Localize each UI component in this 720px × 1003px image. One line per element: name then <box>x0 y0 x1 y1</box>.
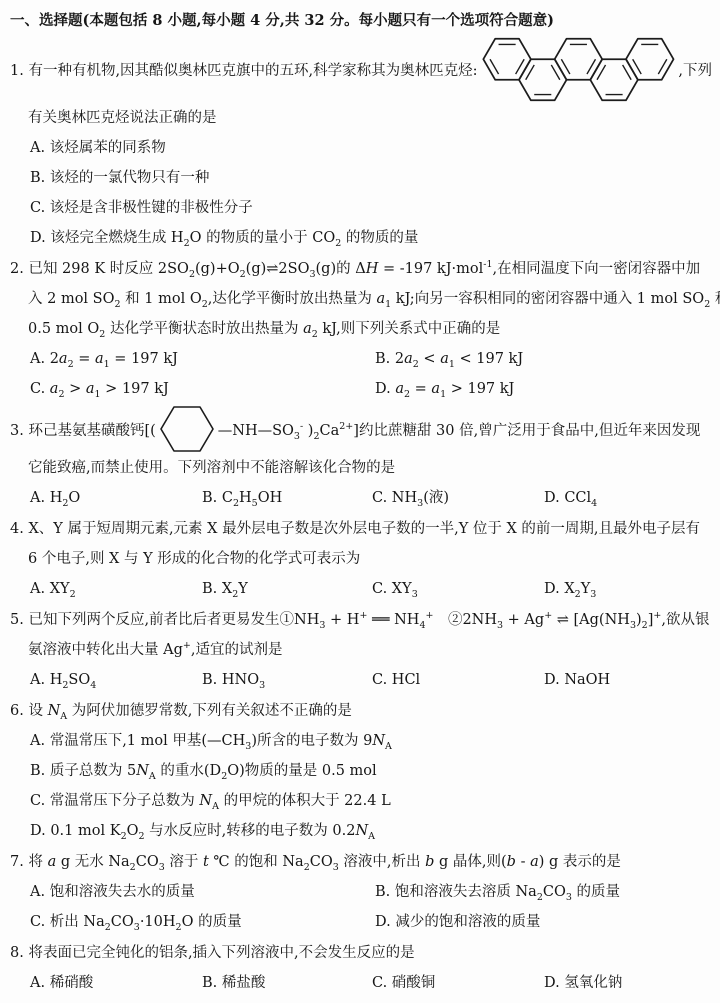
q2-option-b: B. 2a2 < a1 < 197 kJ <box>375 344 712 374</box>
section-header: 一、选择题(本题包括 8 小题,每小题 4 分,共 32 分。每小题只有一个选项… <box>10 6 712 36</box>
q1-option-c: C. 该烃是含非极性键的非极性分子 <box>30 193 712 223</box>
q3-option-a: A. H2O <box>30 483 202 513</box>
q7-stem: 7. 将 a g 无水 Na2CO3 溶于 t ℃ 的饱和 Na2CO3 溶液中… <box>10 847 712 877</box>
q3-stem-row: 3. 环己基氨基磺酸钙[( —NH—SO3- )2Ca2+]约比蔗糖甜 30 倍… <box>10 405 712 453</box>
q7-option-d: D. 减少的饱和溶液的质量 <box>375 907 712 937</box>
q2-stem-line3: 0.5 mol O2 达化学平衡状态时放出热量为 a2 kJ,则下列关系式中正确… <box>10 314 712 344</box>
q8-option-a: A. 稀硝酸 <box>30 968 202 998</box>
exam-page: 一、选择题(本题包括 8 小题,每小题 4 分,共 32 分。每小题只有一个选项… <box>0 0 720 998</box>
question-8: 8. 将表面已完全钝化的铝条,插入下列溶液中,不会发生反应的是 A. 稀硝酸 B… <box>10 938 712 998</box>
q3-stem-pre: 3. 环己基氨基磺酸钙[( <box>10 419 156 440</box>
q5-option-a: A. H2SO4 <box>30 665 202 695</box>
q1-option-a: A. 该烃属苯的同系物 <box>30 133 712 163</box>
q6-option-a: A. 常温常压下,1 mol 甲基(—CH3)所含的电子数为 9NA <box>30 726 712 756</box>
q3-stem-post: —NH—SO3- )2Ca2+]约比蔗糖甜 30 倍,曾广泛用于食品中,但近年来… <box>218 419 701 440</box>
q1-stem-post: ,下列 <box>678 59 712 80</box>
q2-option-d: D. a2 = a1 > 197 kJ <box>375 374 712 404</box>
q1-stem-line2: 有关奥林匹克烃说法正确的是 <box>10 103 712 133</box>
q8-option-d: D. 氢氧化钠 <box>544 968 712 998</box>
q5-stem-line2: 氨溶液中转化出大量 Ag+,适宜的试剂是 <box>10 635 712 665</box>
q8-option-c: C. 硝酸铜 <box>372 968 544 998</box>
q1-option-b: B. 该烃的一氯代物只有一种 <box>30 163 712 193</box>
q8-options: A. 稀硝酸 B. 稀盐酸 C. 硝酸铜 D. 氢氧化钠 <box>10 968 712 998</box>
q3-stem-line2: 它能致癌,而禁止使用。下列溶剂中不能溶解该化合物的是 <box>10 453 712 483</box>
q3-options: A. H2O B. C2H5OH C. NH3(液) D. CCl4 <box>10 483 712 513</box>
q5-option-d: D. NaOH <box>544 665 712 695</box>
q4-stem-line2: 6 个电子,则 X 与 Y 形成的化合物的化学式可表示为 <box>10 544 712 574</box>
q7-option-a: A. 饱和溶液失去水的质量 <box>30 877 375 907</box>
question-3: 3. 环己基氨基磺酸钙[( —NH—SO3- )2Ca2+]约比蔗糖甜 30 倍… <box>10 405 712 513</box>
q7-options: A. 饱和溶液失去水的质量 B. 饱和溶液失去溶质 Na2CO3 的质量 C. … <box>10 877 712 937</box>
q4-options: A. XY2 B. X2Y C. XY3 D. X2Y3 <box>10 574 712 604</box>
q3-option-d: D. CCl4 <box>544 483 712 513</box>
q5-option-c: C. HCl <box>372 665 544 695</box>
q8-option-b: B. 稀盐酸 <box>202 968 372 998</box>
q3-option-c: C. NH3(液) <box>372 483 544 513</box>
q4-stem-line1: 4. X、Y 属于短周期元素,元素 X 最外层电子数是次外层电子数的一半,Y 位… <box>10 514 712 544</box>
q6-stem: 6. 设 NA 为阿伏加德罗常数,下列有关叙述不正确的是 <box>10 696 712 726</box>
q5-options: A. H2SO4 B. HNO3 C. HCl D. NaOH <box>10 665 712 695</box>
q2-stem-line1: 2. 已知 298 K 时反应 2SO2(g)+O2(g)⇌2SO3(g)的 Δ… <box>10 254 712 284</box>
q5-option-b: B. HNO3 <box>202 665 372 695</box>
question-4: 4. X、Y 属于短周期元素,元素 X 最外层电子数是次外层电子数的一半,Y 位… <box>10 514 712 604</box>
question-5: 5. 已知下列两个反应,前者比后者更易发生①NH3 + H+ ══ NH4+ ②… <box>10 605 712 695</box>
q4-option-d: D. X2Y3 <box>544 574 712 604</box>
q7-option-c: C. 析出 Na2CO3·10H2O 的质量 <box>30 907 375 937</box>
question-7: 7. 将 a g 无水 Na2CO3 溶于 t ℃ 的饱和 Na2CO3 溶液中… <box>10 847 712 937</box>
q2-option-a: A. 2a2 = a1 = 197 kJ <box>30 344 375 374</box>
q2-option-c: C. a2 > a1 > 197 kJ <box>30 374 375 404</box>
q6-option-b: B. 质子总数为 5NA 的重水(D2O)物质的量是 0.5 mol <box>30 756 712 786</box>
q6-option-d: D. 0.1 mol K2O2 与水反应时,转移的电子数为 0.2NA <box>30 816 712 846</box>
q6-option-c: C. 常温常压下分子总数为 NA 的甲烷的体积大于 22.4 L <box>30 786 712 816</box>
q4-option-b: B. X2Y <box>202 574 372 604</box>
q6-options: A. 常温常压下,1 mol 甲基(—CH3)所含的电子数为 9NA B. 质子… <box>10 726 712 846</box>
cyclohexane-ring-icon <box>159 405 215 453</box>
q1-option-d: D. 该烃完全燃烧生成 H2O 的物质的量小于 CO2 的物质的量 <box>30 223 712 253</box>
question-1: 1. 有一种有机物,因其酷似奥林匹克旗中的五环,科学家称其为奥林匹克烃: <box>10 36 712 253</box>
q2-stem-line2: 入 2 mol SO2 和 1 mol O2,达化学平衡时放出热量为 a1 kJ… <box>10 284 712 314</box>
q5-stem-line1: 5. 已知下列两个反应,前者比后者更易发生①NH3 + H+ ══ NH4+ ②… <box>10 605 712 635</box>
q3-option-b: B. C2H5OH <box>202 483 372 513</box>
q8-stem: 8. 将表面已完全钝化的铝条,插入下列溶液中,不会发生反应的是 <box>10 938 712 968</box>
question-2: 2. 已知 298 K 时反应 2SO2(g)+O2(g)⇌2SO3(g)的 Δ… <box>10 254 712 404</box>
olympicene-structure-icon <box>481 36 676 103</box>
question-6: 6. 设 NA 为阿伏加德罗常数,下列有关叙述不正确的是 A. 常温常压下,1 … <box>10 696 712 846</box>
q1-options: A. 该烃属苯的同系物 B. 该烃的一氯代物只有一种 C. 该烃是含非极性键的非… <box>10 133 712 253</box>
q1-stem-row: 1. 有一种有机物,因其酷似奥林匹克旗中的五环,科学家称其为奥林匹克烃: <box>10 36 712 103</box>
q7-option-b: B. 饱和溶液失去溶质 Na2CO3 的质量 <box>375 877 712 907</box>
q4-option-c: C. XY3 <box>372 574 544 604</box>
q4-option-a: A. XY2 <box>30 574 202 604</box>
q1-stem-pre: 1. 有一种有机物,因其酷似奥林匹克旗中的五环,科学家称其为奥林匹克烃: <box>10 59 478 80</box>
q2-options: A. 2a2 = a1 = 197 kJ B. 2a2 < a1 < 197 k… <box>10 344 712 404</box>
